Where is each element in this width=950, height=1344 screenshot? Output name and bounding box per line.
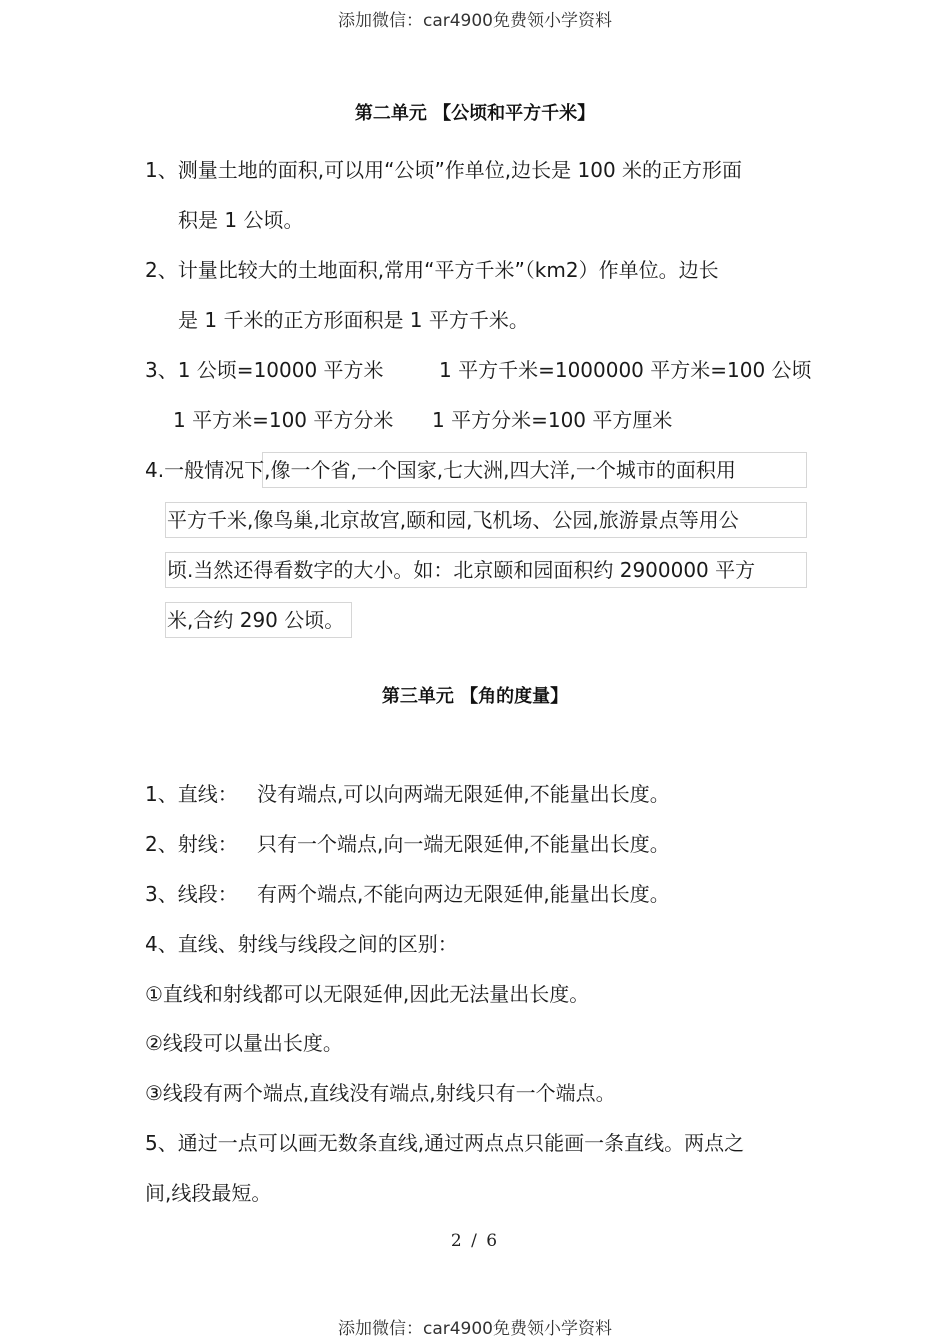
unit2-item3-line1b: 1 平方千米=1000000 平方米=100 公顷 — [439, 357, 812, 383]
unit3-item2-text: 只有一个端点,向一端无限延伸,不能量出长度。 — [257, 831, 670, 857]
unit2-item4-line3: 顷.当然还得看数字的大小。如：北京颐和园面积约 2900000 平方 — [167, 557, 755, 583]
unit2-item3-line2a: 1 平方米=100 平方分米 — [173, 407, 393, 433]
unit2-item3-line1a: 3、1 公顷=10000 平方米 — [145, 357, 384, 383]
page-number: 2 / 6 — [0, 1231, 950, 1251]
unit3-item3-label: 3、线段： — [145, 881, 238, 907]
unit2-item4-line4: 米,合约 290 公顷。 — [167, 607, 344, 633]
unit3-item5-line2: 间,线段最短。 — [145, 1180, 271, 1206]
unit2-item4-line1: 4.一般情况下,像一个省,一个国家,七大洲,四大洋,一个城市的面积用 — [145, 457, 736, 483]
unit3-item3-text: 有两个端点,不能向两边无限延伸,能量出长度。 — [257, 881, 670, 907]
unit3-item1-text: 没有端点,可以向两端无限延伸,不能量出长度。 — [257, 781, 670, 807]
unit2-item3-line2b: 1 平方分米=100 平方厘米 — [432, 407, 672, 433]
unit3-item4-point-1: ①直线和射线都可以无限延伸,因此无法量出长度。 — [145, 981, 589, 1007]
unit3-item1-label: 1、直线： — [145, 781, 238, 807]
watermark-bottom: 添加微信：car4900免费领小学资料 — [0, 1314, 950, 1339]
unit2-item2-line2: 是 1 千米的正方形面积是 1 平方千米。 — [178, 307, 529, 333]
unit3-item4-point-3: ③线段有两个端点,直线没有端点,射线只有一个端点。 — [145, 1080, 616, 1106]
unit2-item4-line2: 平方千米,像鸟巢,北京故宫,颐和园,飞机场、公园,旅游景点等用公 — [167, 507, 739, 533]
unit3-title: 第三单元 【角的度量】 — [0, 682, 950, 708]
unit2-title: 第二单元 【公顷和平方千米】 — [0, 99, 950, 125]
unit2-item2-line1: 2、计量比较大的土地面积,常用“平方千米”（km2）作单位。边长 — [145, 257, 719, 283]
unit3-item2-label: 2、射线： — [145, 831, 238, 857]
unit3-item5-line1: 5、通过一点可以画无数条直线,通过两点点只能画一条直线。两点之 — [145, 1130, 744, 1156]
unit2-item1-line1: 1、测量土地的面积,可以用“公顷”作单位,边长是 100 米的正方形面 — [145, 157, 742, 183]
unit3-item4-point-2: ②线段可以量出长度。 — [145, 1030, 343, 1056]
faint-header-text — [372, 27, 578, 35]
unit3-item4-heading: 4、直线、射线与线段之间的区别： — [145, 931, 458, 957]
unit2-item1-line2: 积是 1 公顷。 — [178, 207, 303, 233]
